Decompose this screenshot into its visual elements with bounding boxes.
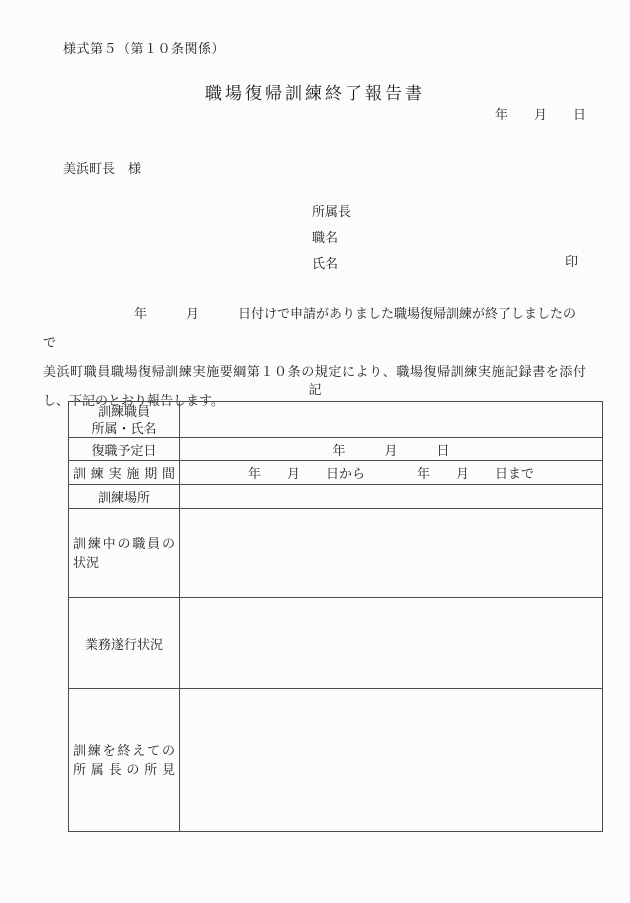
signature-block: 所属長 職名 氏名 bbox=[312, 199, 351, 277]
row-value-training-period: 年 月 日から 年 月 日まで bbox=[180, 461, 603, 485]
row-value-work-performance bbox=[180, 598, 603, 689]
table-row-trainee: 訓練職員 所属・氏名 bbox=[69, 402, 603, 438]
report-table: 訓練職員 所属・氏名 復職予定日 年 月 日 訓練実施期間 年 月 日から 年 … bbox=[68, 401, 603, 832]
row-label-employee-condition: 訓練中の職員の状況 bbox=[69, 509, 180, 598]
ki-separator-label: 記 bbox=[0, 379, 630, 398]
signature-name-label: 氏名 bbox=[312, 251, 351, 277]
row-label-training-period: 訓練実施期間 bbox=[69, 461, 180, 485]
row-label-supervisor-opinion: 訓練を終えての所属長の所見 bbox=[69, 689, 180, 832]
signature-affiliation-head-label: 所属長 bbox=[312, 199, 351, 225]
row-label-return-date: 復職予定日 bbox=[69, 438, 180, 461]
form-number: 様式第５（第１０条関係） bbox=[63, 38, 225, 57]
signature-job-title-label: 職名 bbox=[312, 225, 351, 251]
table-row-supervisor-opinion: 訓練を終えての所属長の所見 bbox=[69, 689, 603, 832]
row-value-trainee bbox=[180, 402, 603, 438]
row-value-supervisor-opinion bbox=[180, 689, 603, 832]
row-label-training-place: 訓練場所 bbox=[69, 485, 180, 509]
row-value-training-place bbox=[180, 485, 603, 509]
row-value-return-date: 年 月 日 bbox=[180, 438, 603, 461]
table-row-training-period: 訓練実施期間 年 月 日から 年 月 日まで bbox=[69, 461, 603, 485]
report-date-line: 年 月 日 bbox=[495, 104, 586, 123]
report-form-page: 様式第５（第１０条関係） 職場復帰訓練終了報告書 年 月 日 美浜町長 様 所属… bbox=[0, 0, 630, 903]
body-line-1: 年 月 日付けで申請がありました職場復帰訓練が終了しましたので bbox=[43, 299, 586, 357]
table-row-work-performance: 業務遂行状況 bbox=[69, 598, 603, 689]
row-label-trainee: 訓練職員 所属・氏名 bbox=[69, 402, 180, 438]
seal-mark: 印 bbox=[565, 251, 578, 270]
document-title: 職場復帰訓練終了報告書 bbox=[0, 79, 630, 104]
table-row-employee-condition: 訓練中の職員の状況 bbox=[69, 509, 603, 598]
row-label-work-performance: 業務遂行状況 bbox=[69, 598, 180, 689]
row-value-employee-condition bbox=[180, 509, 603, 598]
table-row-return-date: 復職予定日 年 月 日 bbox=[69, 438, 603, 461]
addressee-line: 美浜町長 様 bbox=[63, 158, 141, 177]
table-row-training-place: 訓練場所 bbox=[69, 485, 603, 509]
